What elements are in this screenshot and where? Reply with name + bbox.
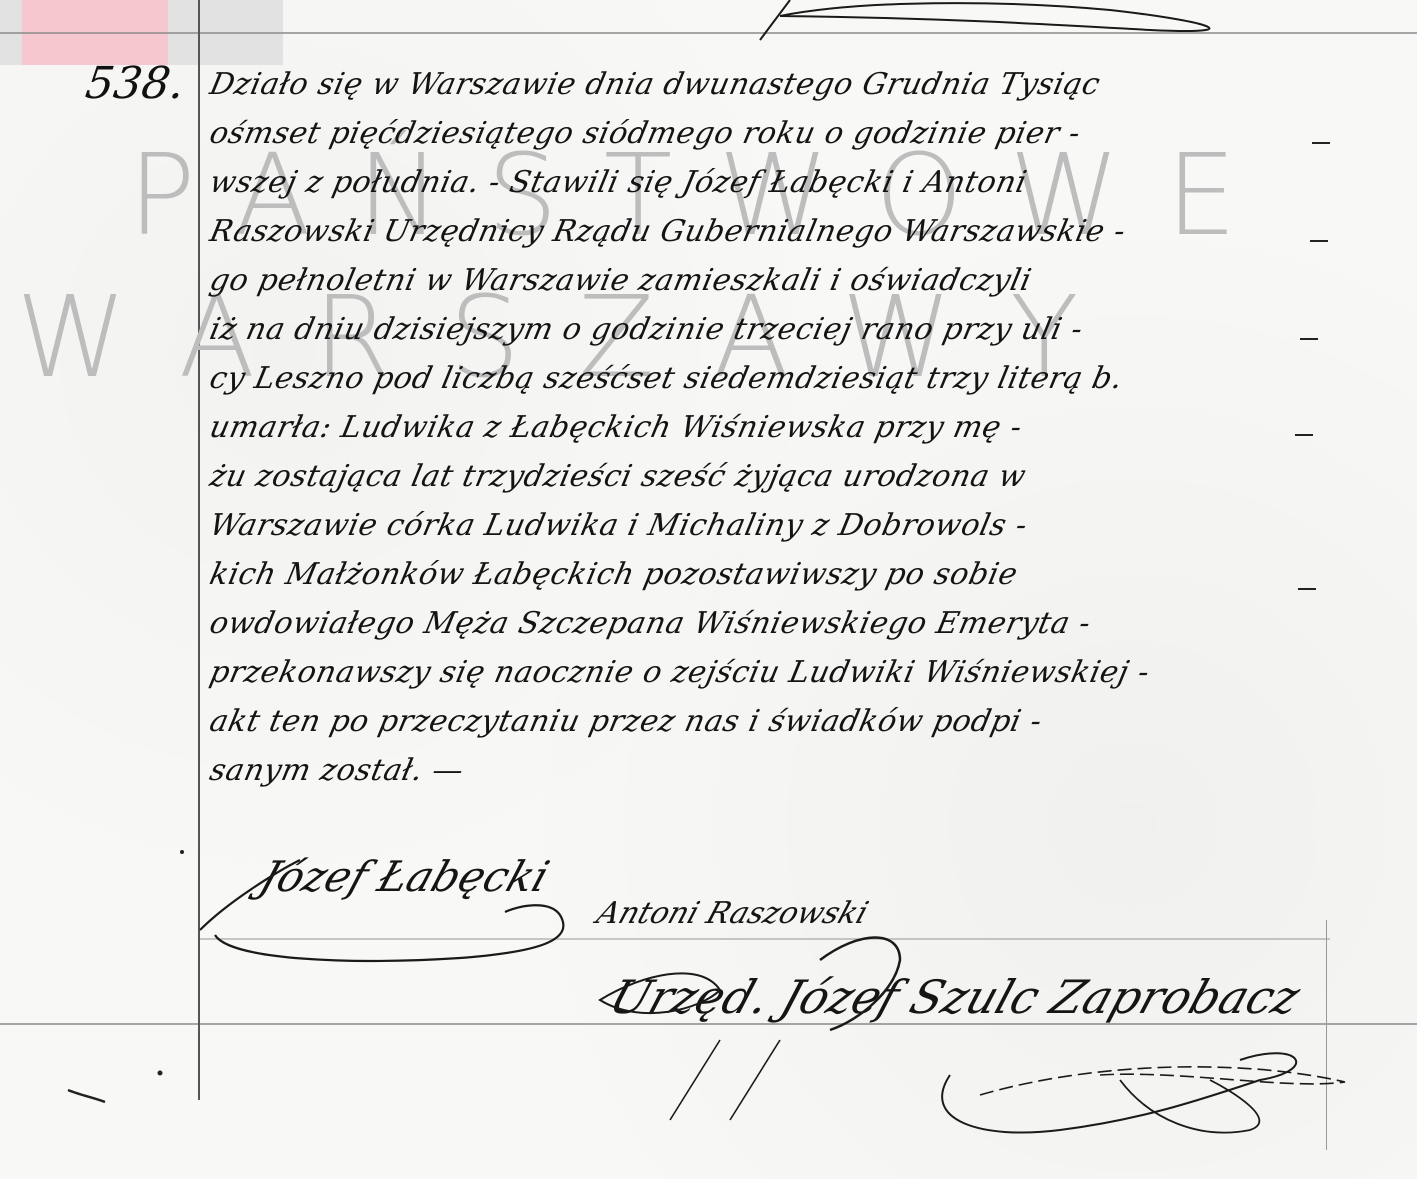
text-line: Raszowski Urzędnicy Rządu Gubernialnego … — [205, 207, 1355, 256]
text-line: go pełnoletni w Warszawie zamieszkali i … — [205, 256, 1355, 305]
hyphen-mark — [1312, 142, 1330, 144]
hyphen-mark — [1298, 588, 1316, 590]
ruled-line-top — [0, 32, 1417, 34]
record-text: Działo się w Warszawie dnia dwunastego G… — [205, 60, 1345, 795]
text-line: Działo się w Warszawie dnia dwunastego G… — [205, 60, 1355, 109]
hyphen-mark — [1300, 338, 1318, 340]
hyphen-mark — [1310, 240, 1328, 242]
text-line: akt ten po przeczytaniu przez nas i świa… — [205, 697, 1355, 746]
text-line: kich Małżonków Łabęckich pozostawiwszy p… — [205, 550, 1355, 599]
text-line: iż na dniu dzisiejszym o godzinie trzeci… — [205, 305, 1355, 354]
right-margin-line — [1326, 920, 1327, 1150]
entry-number: 538. — [82, 58, 187, 109]
signature-witness-2: Antoni Raszowski — [592, 896, 872, 931]
text-line: cy Leszno pod liczbą sześćset siedemdzie… — [205, 354, 1355, 403]
text-line: umarła: Ludwika z Łabęckich Wiśniewska p… — [205, 403, 1355, 452]
text-line: owdowiałego Męża Szczepana Wiśniewskiego… — [205, 599, 1355, 648]
text-line: Warszawie córka Ludwika i Michaliny z Do… — [205, 501, 1355, 550]
ruled-line-signature — [200, 938, 1330, 940]
text-line: sanym został. — — [205, 746, 1355, 795]
signature-official: Urzęd. Józef Szulc Zaprobacz — [603, 970, 1307, 1024]
text-line: wszej z południa. - Stawili się Józef Ła… — [205, 158, 1355, 207]
text-line: ośmset pięćdziesiątego siódmego roku o g… — [205, 109, 1355, 158]
text-line: przekonawszy się naocznie o zejściu Ludw… — [205, 648, 1355, 697]
document-page: PAŃSTWOWE WARSZAWY 538. Działo się w War… — [0, 0, 1417, 1179]
text-line: żu zostająca lat trzydzieści sześć żyjąc… — [205, 452, 1355, 501]
signature-witness-1: Józef Łabęcki — [254, 852, 555, 901]
hyphen-mark — [1295, 434, 1313, 436]
